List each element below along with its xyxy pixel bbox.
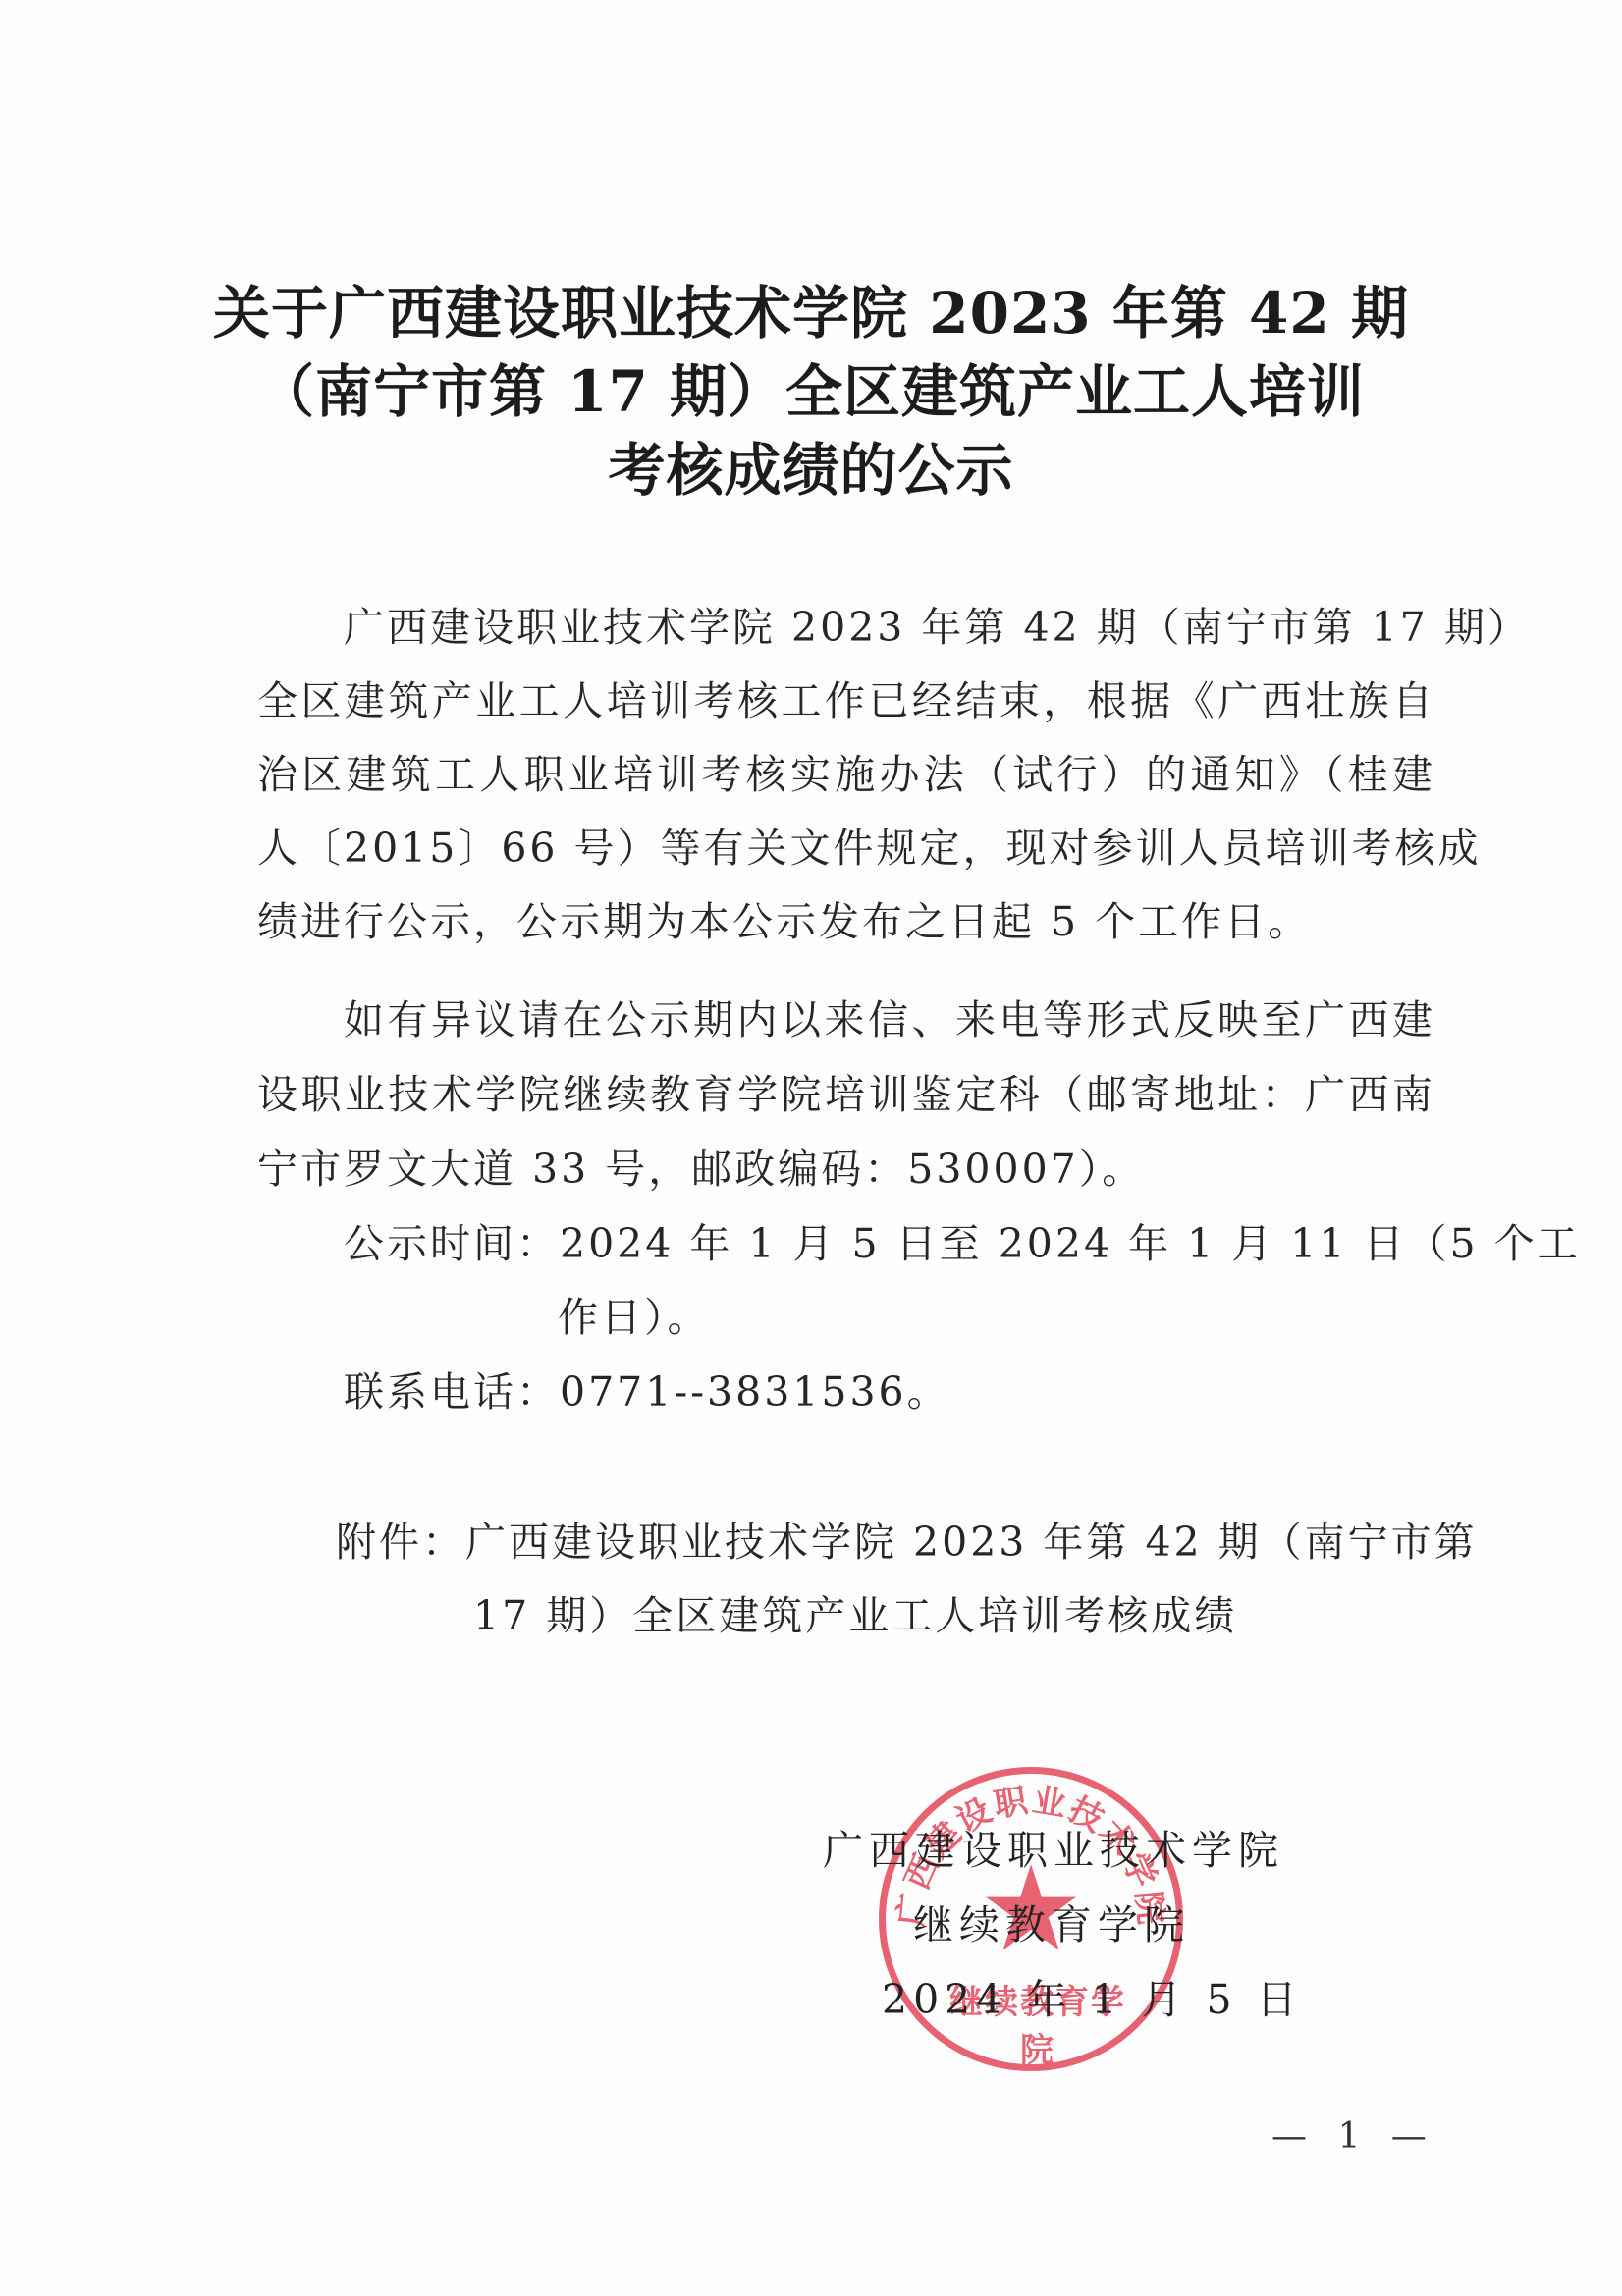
page-number: — 1 — <box>1271 2116 1436 2157</box>
paragraph-line: 设职业技术学院继续教育学院培训鉴定科（邮寄地址：广西南 <box>257 1062 1435 1120</box>
attachment-line-1: 附件：广西建设职业技术学院 2023 年第 42 期（南宁市第 <box>336 1510 1416 1568</box>
paragraph-line: 人〔2015〕66 号）等有关文件规定，现对参训人员培训考核成 <box>257 816 1435 874</box>
paragraph-line: 绩进行公示，公示期为本公示发布之日起 5 个工作日。 <box>257 889 1435 947</box>
paragraph-line: 宁市罗文大道 33 号，邮政编码：530007）。 <box>257 1137 1435 1195</box>
document-title-line-1: 关于广西建设职业技术学院 2023 年第 42 期 <box>196 267 1426 349</box>
paragraph-line: 治区建筑工人职业培训考核实施办法（试行）的通知》（桂建 <box>257 742 1435 800</box>
attachment-line-2: 17 期）全区建筑产业工人培训考核成绩 <box>473 1583 1237 1641</box>
signature-org: 广西建设职业技术学院 <box>823 1818 1284 1876</box>
paragraph-line: 全区建筑产业工人培训考核工作已经结束，根据《广西壮族自 <box>257 668 1435 726</box>
document-title-line-2: （南宁市第 17 期）全区建筑产业工人培训 <box>196 346 1426 428</box>
document-title-line-3: 考核成绩的公示 <box>196 424 1426 507</box>
document-page: 关于广西建设职业技术学院 2023 年第 42 期 （南宁市第 17 期）全区建… <box>0 0 1622 2296</box>
signature-dept: 继续教育学院 <box>913 1893 1190 1950</box>
publicity-period-line-2: 作日）。 <box>558 1285 711 1343</box>
paragraph-line: 广西建设职业技术学院 2023 年第 42 期（南宁市第 17 期） <box>344 595 1435 653</box>
signature-date: 2024 年 1 月 5 日 <box>882 1967 1303 2025</box>
contact-phone: 联系电话：0771--3831536。 <box>344 1360 950 1417</box>
publicity-period-line-1: 公示时间：2024 年 1 月 5 日至 2024 年 1 月 11 日（5 个… <box>344 1211 1435 1269</box>
paragraph-line: 如有异议请在公示期内以来信、来电等形式反映至广西建 <box>344 988 1435 1045</box>
